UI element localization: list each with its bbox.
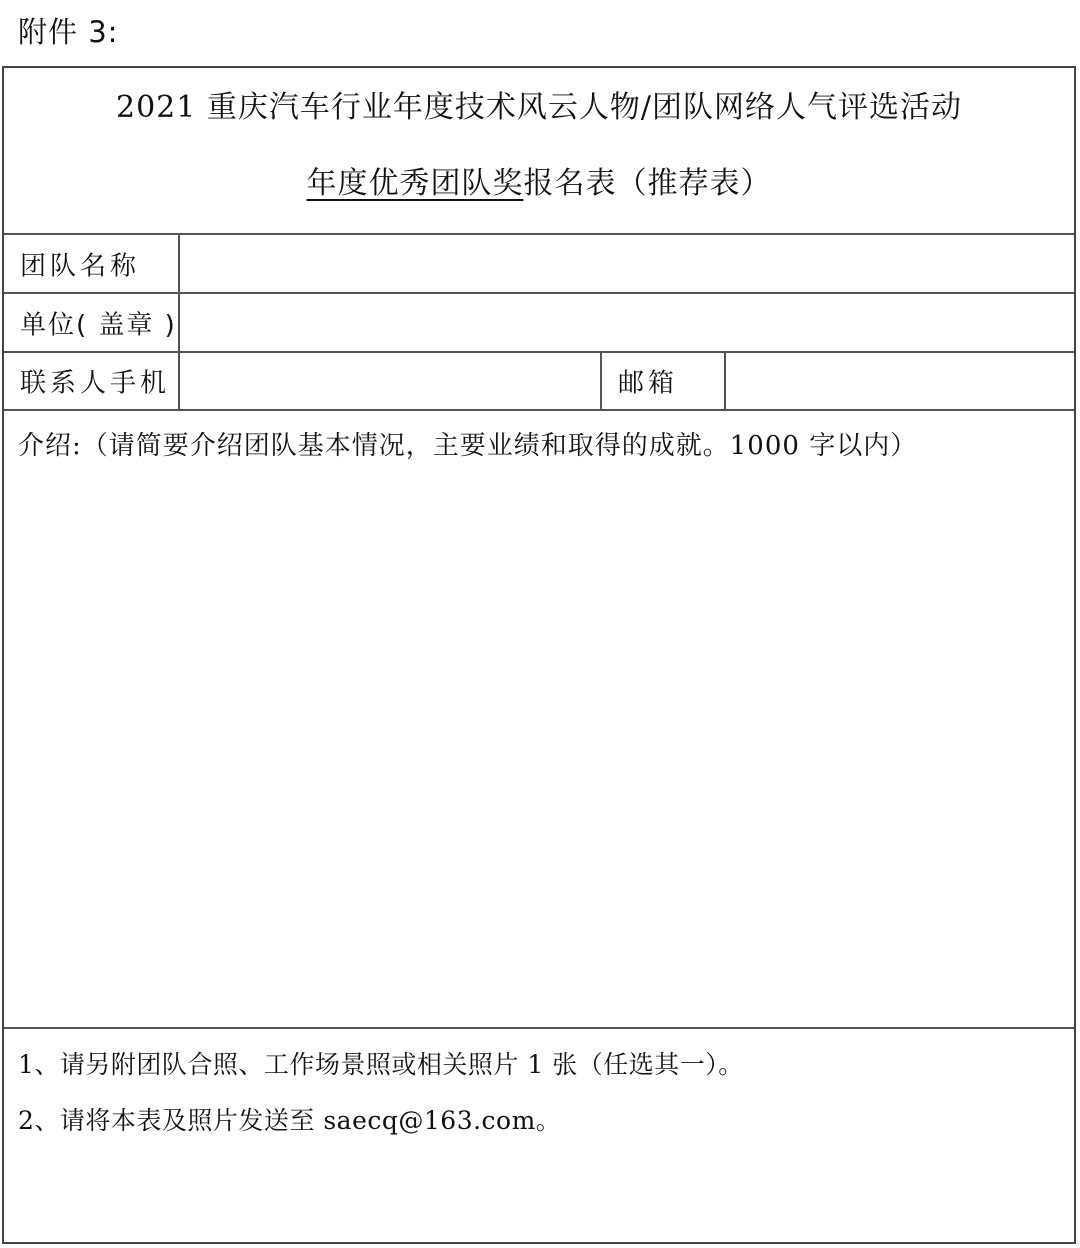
team-name-row: 团队名称 xyxy=(4,235,1074,294)
email-label-cell: 邮箱 xyxy=(602,353,726,409)
unit-label: 单位( 盖章 ) xyxy=(20,304,177,341)
note-submission-email: 2、请将本表及照片发送至 saecq@163.com。 xyxy=(18,1101,561,1137)
unit-input[interactable] xyxy=(180,294,1074,351)
notes-row: 1、请另附团队合照、工作场景照或相关照片 1 张（任选其一）。 2、请将本表及照… xyxy=(4,1029,1074,1242)
team-name-label-cell: 团队名称 xyxy=(4,235,180,292)
team-name-label: 团队名称 xyxy=(20,245,140,282)
email-input[interactable] xyxy=(726,353,1074,409)
team-name-input[interactable] xyxy=(180,235,1074,292)
email-value-cell xyxy=(726,353,1074,409)
form-type: 报名表（推荐表） xyxy=(524,166,772,201)
attachment-label: 附件 3: xyxy=(18,10,118,51)
email-label: 邮箱 xyxy=(618,363,678,400)
team-name-value-cell xyxy=(180,235,1074,292)
unit-label-cell: 单位( 盖章 ) xyxy=(4,294,180,351)
intro-textarea[interactable] xyxy=(14,469,1064,1017)
intro-label: 介绍:（请简要介绍团队基本情况，主要业绩和取得的成就。1000 字以内） xyxy=(18,425,917,462)
form-subtitle: 年度优秀团队奖报名表（推荐表） xyxy=(4,158,1074,202)
contact-phone-input[interactable] xyxy=(180,353,600,409)
form-title: 2021 重庆汽车行业年度技术风云人物/团队网络人气评选活动 xyxy=(4,82,1074,126)
intro-row: 介绍:（请简要介绍团队基本情况，主要业绩和取得的成就。1000 字以内） xyxy=(4,409,1074,1029)
contact-phone-label-cell: 联系人手机 xyxy=(4,353,180,409)
contact-row: 联系人手机 邮箱 xyxy=(4,353,1074,411)
registration-form-table: 2021 重庆汽车行业年度技术风云人物/团队网络人气评选活动 年度优秀团队奖报名… xyxy=(2,66,1076,1244)
contact-phone-label: 联系人手机 xyxy=(20,363,170,400)
unit-value-cell xyxy=(180,294,1074,351)
form-title-row: 2021 重庆汽车行业年度技术风云人物/团队网络人气评选活动 年度优秀团队奖报名… xyxy=(4,68,1074,235)
unit-row: 单位( 盖章 ) xyxy=(4,294,1074,353)
contact-phone-value-cell xyxy=(180,353,602,409)
note-photo-requirement: 1、请另附团队合照、工作场景照或相关照片 1 张（任选其一）。 xyxy=(18,1045,744,1081)
award-name: 年度优秀团队奖 xyxy=(307,166,524,201)
